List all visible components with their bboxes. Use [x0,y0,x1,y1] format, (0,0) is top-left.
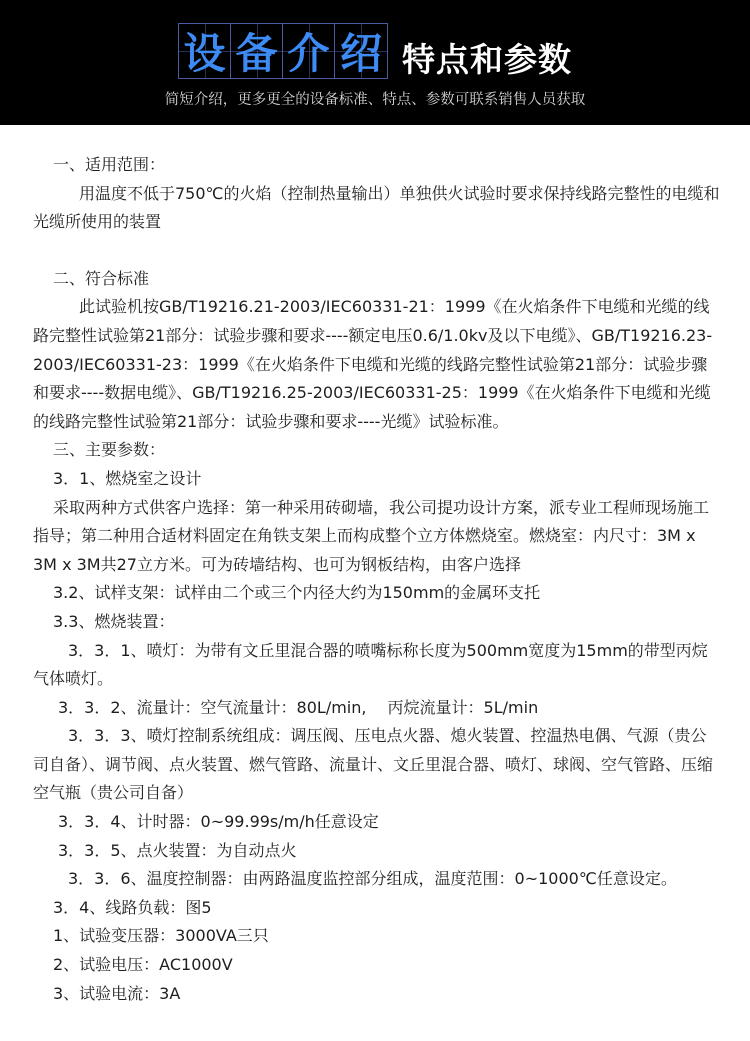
load-list-item: 1、试验变压器：3000VA三只 [33,922,720,951]
timer-item: 3．3．4、计时器：0~99.99s/m/h任意设定 [33,808,720,837]
control-system-item: 3．3．3、喷灯控制系统组成：调压阀、压电点火器、熄火装置、控温热电偶、气源（贵… [33,722,720,808]
spacer [33,237,720,265]
sample-holder-item: 3.2、试样支架：试样由二个或三个内径大约为150mm的金属环支托 [33,579,720,608]
header-banner: 设 备 介 绍 特点和参数 简短介绍，更多更全的设备标准、特点、参数可联系销售人… [0,0,750,125]
title-char-cell: 备 [231,24,283,78]
document-body: 一、适用范围： 用温度不低于750℃的火焰（控制热量输出）单独供火试验时要求保持… [0,125,750,1008]
title-row: 设 备 介 绍 特点和参数 [0,20,750,81]
load-list-item: 3、试验电流：3A [33,980,720,1009]
flowmeter-item: 3．3．2、流量计：空气流量计：80L/min, 丙烷流量计：5L/min [33,694,720,723]
burner-lamp-item: 3．3．1、喷灯：为带有文丘里混合器的喷嘴标称长度为500mm宽度为15mm的带… [33,637,720,694]
load-list-item: 2、试验电压：AC1000V [33,951,720,980]
header-subtitle: 简短介绍，更多更全的设备标准、特点、参数可联系销售人员获取 [0,88,750,109]
title-suffix: 特点和参数 [402,34,572,81]
ignition-item: 3．3．5、点火装置：为自动点火 [33,837,720,866]
subheading-burner: 3.3、燃烧装置： [33,608,720,637]
chamber-design-paragraph: 采取两种方式供客户选择：第一种采用砖砌墙，我公司提功设计方案，派专业工程师现场施… [33,494,720,580]
section-heading-parameters: 三、主要参数： [33,436,720,465]
title-char-cell: 介 [283,24,335,78]
title-char-cell: 绍 [335,24,387,78]
temperature-controller-item: 3．3．6、温度控制器：由两路温度监控部分组成，温度范围：0~1000℃任意设定… [33,865,720,894]
standards-paragraph: 此试验机按GB/T19216.21-2003/IEC60331-21：1999《… [33,293,720,436]
title-grid-box: 设 备 介 绍 [178,23,388,79]
title-char-cell: 设 [179,24,231,78]
subheading-chamber-design: 3．1、燃烧室之设计 [33,465,720,494]
subheading-line-load: 3．4、线路负载：图5 [33,894,720,923]
section-heading-standards: 二、符合标准 [33,265,720,294]
section-heading-scope: 一、适用范围： [33,151,720,180]
scope-paragraph: 用温度不低于750℃的火焰（控制热量输出）单独供火试验时要求保持线路完整性的电缆… [33,180,720,237]
